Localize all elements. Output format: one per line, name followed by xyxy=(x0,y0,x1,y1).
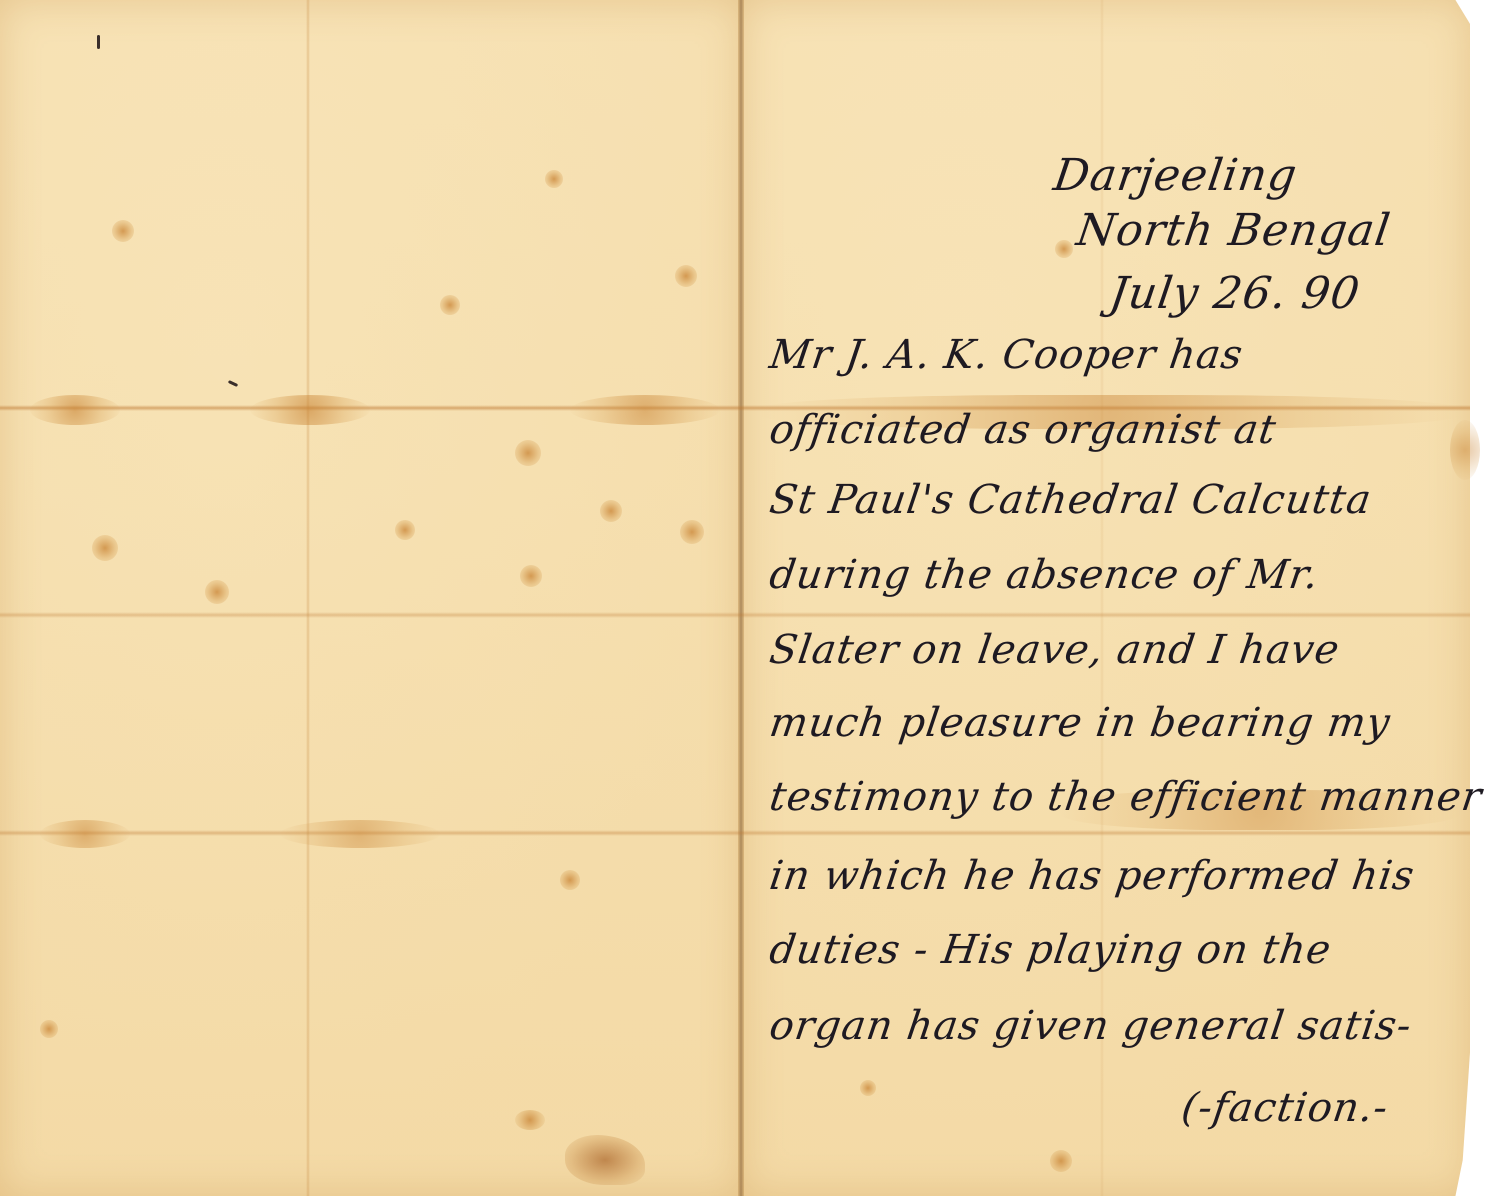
ink-mark xyxy=(97,35,100,49)
fold-line-vertical-left xyxy=(306,0,310,1196)
body-line: officiated as organist at xyxy=(767,407,1280,453)
body-line: during the absence of Mr. xyxy=(767,552,1322,598)
foxing-spot xyxy=(205,580,229,604)
body-line-continuation: (-faction.- xyxy=(1179,1085,1392,1131)
foxing-spot xyxy=(40,1020,58,1038)
foxing-spot xyxy=(680,520,704,544)
foxing-spot xyxy=(570,395,720,425)
foxing-spot xyxy=(280,820,440,848)
body-line: testimony to the efficient manner xyxy=(767,774,1485,820)
letter-text: Darjeeling North Bengal July 26. 90 Mr J… xyxy=(742,0,1470,1196)
foxing-spot xyxy=(40,820,130,848)
body-line: in which he has performed his xyxy=(767,853,1418,899)
body-line: Slater on leave, and I have xyxy=(767,627,1343,673)
letter-region: North Bengal xyxy=(1073,205,1393,256)
left-page-blank xyxy=(0,0,742,1196)
body-line: duties - His playing on the xyxy=(767,927,1335,973)
body-line: Mr J. A. K. Cooper has xyxy=(767,332,1246,378)
foxing-spot xyxy=(112,220,134,242)
foxing-spot xyxy=(440,295,460,315)
foxing-spot xyxy=(515,1110,545,1130)
foxing-spot xyxy=(600,500,622,522)
letter-place: Darjeeling xyxy=(1050,150,1300,201)
foxing-spot xyxy=(250,395,370,425)
body-line: St Paul's Cathedral Calcutta xyxy=(767,477,1375,523)
foxing-spot xyxy=(520,565,542,587)
letter-date: July 26. 90 xyxy=(1106,268,1363,319)
foxing-spot xyxy=(515,440,541,466)
foxing-spot xyxy=(675,265,697,287)
foxing-spot xyxy=(92,535,118,561)
body-line: much pleasure in bearing my xyxy=(767,700,1394,746)
foxing-spot xyxy=(560,870,580,890)
foxing-spot xyxy=(395,520,415,540)
scanned-letter: Darjeeling North Bengal July 26. 90 Mr J… xyxy=(0,0,1496,1200)
foxing-spot xyxy=(30,395,120,425)
body-line: organ has given general satis- xyxy=(767,1003,1415,1049)
foxing-spot xyxy=(545,170,563,188)
